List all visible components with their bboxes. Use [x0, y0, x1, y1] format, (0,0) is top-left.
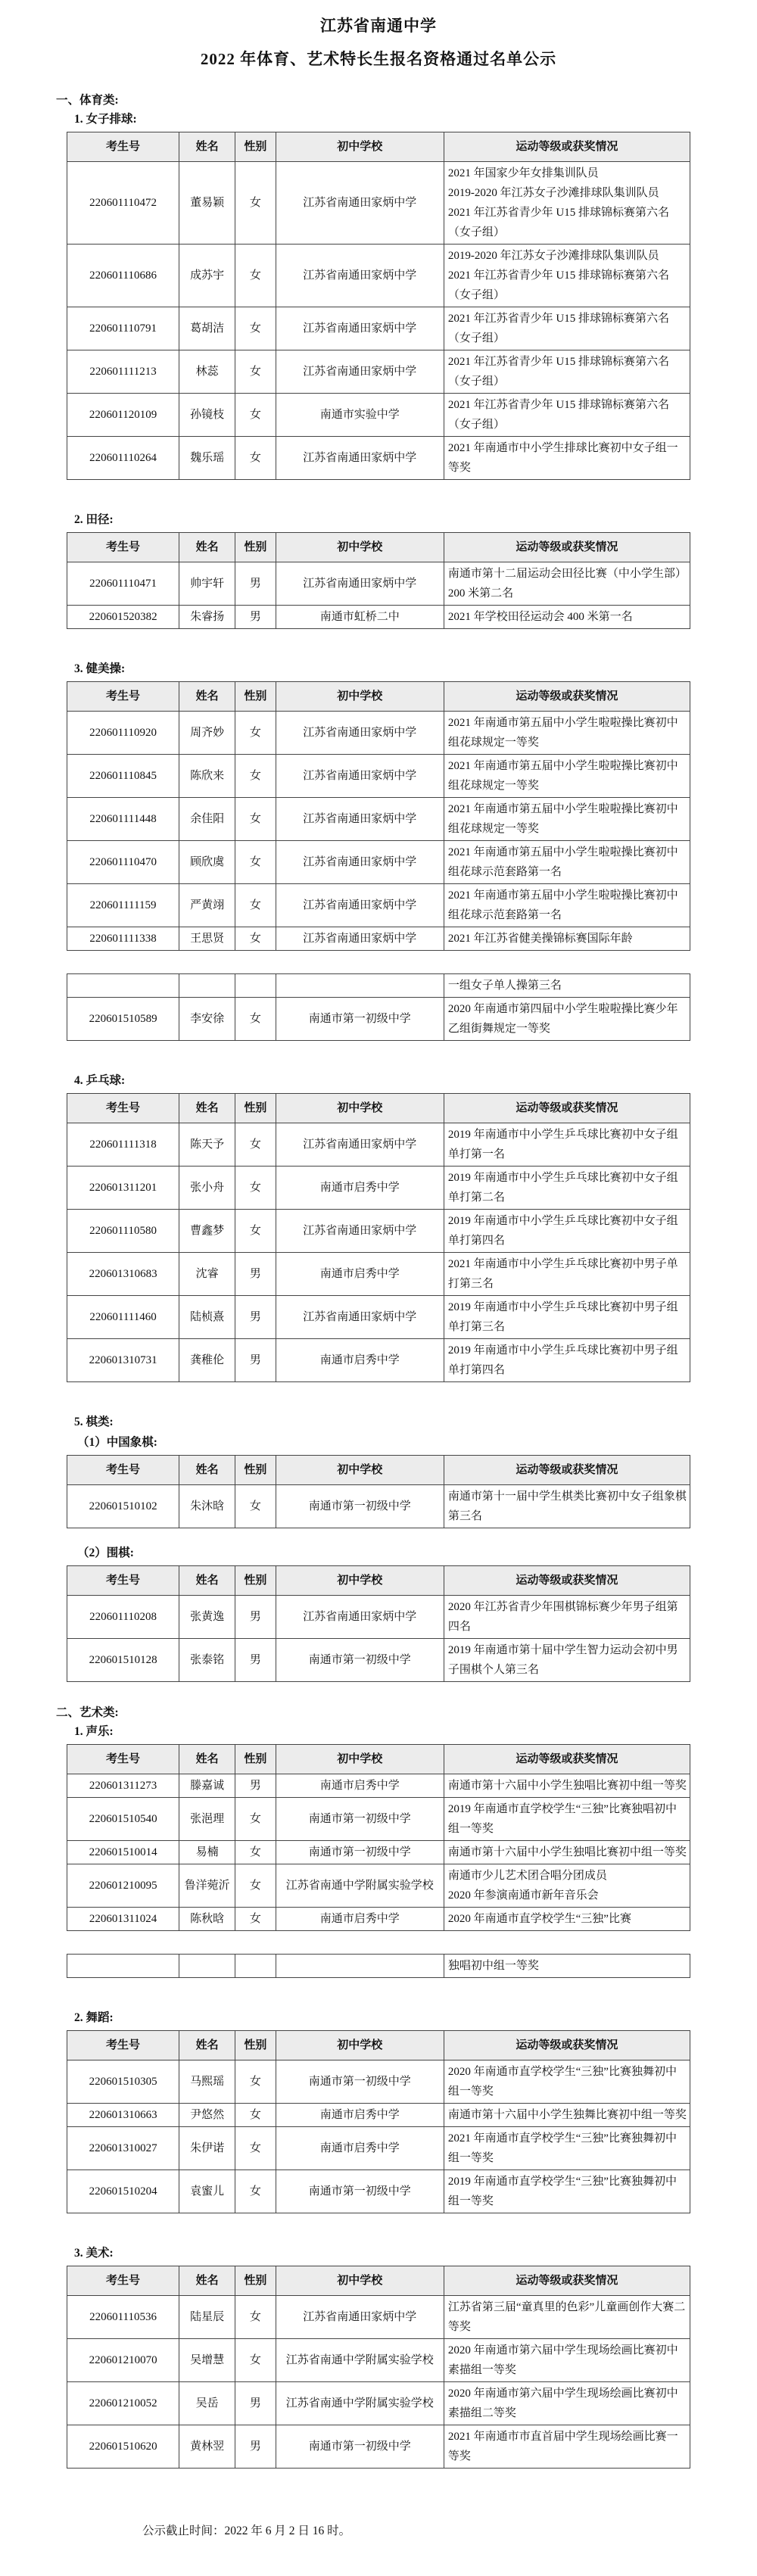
award-line: 2021 年南通市第五届中小学生啦啦操比赛初中组花球示范套路第一名	[448, 886, 687, 925]
school-cell	[276, 974, 444, 998]
award-cell: 2019 年南通市中小学生乒乓球比赛初中女子组单打第四名	[444, 1210, 690, 1253]
table-row: 220601111338王思贤女江苏省南通田家炳中学2021 年江苏省健美操锦标…	[67, 927, 690, 951]
award-cell: 2021 年江苏省健美操锦标赛国际年龄	[444, 927, 690, 951]
school-cell: 南通市实验中学	[276, 394, 444, 437]
column-header: 考生号	[67, 2266, 179, 2296]
award-cell: 独唱初中组一等奖	[444, 1955, 690, 1978]
candidate-id-cell: 220601110264	[67, 437, 179, 480]
column-header: 姓名	[179, 1745, 235, 1774]
name-cell: 朱伊诺	[179, 2127, 235, 2170]
deadline-note: 公示截止时间：2022 年 6 月 2 日 16 时。	[142, 2521, 690, 2538]
column-header: 运动等级或获奖情况	[444, 132, 690, 162]
gender-cell: 男	[235, 606, 276, 629]
gender-cell: 男	[235, 1296, 276, 1339]
column-header: 姓名	[179, 132, 235, 162]
school-cell: 江苏省南通田家炳中学	[276, 884, 444, 927]
name-cell: 孙镜枝	[179, 394, 235, 437]
section-heading: 3. 美术:	[74, 2245, 690, 2262]
award-line: 一组女子单人操第三名	[448, 976, 687, 995]
candidate-id-cell	[67, 1955, 179, 1978]
table-row: 220601510128张泰铭男南通市第一初级中学2019 年南通市第十届中学生…	[67, 1639, 690, 1682]
school-cell: 江苏省南通中学附属实验学校	[276, 1864, 444, 1908]
school-cell: 南通市启秀中学	[276, 2127, 444, 2170]
award-line: 2020 年南通市直学校学生“三独”比赛	[448, 1909, 687, 1929]
header-row: 考生号姓名性别初中学校运动等级或获奖情况	[67, 132, 690, 162]
name-cell: 鲁洋菀沂	[179, 1864, 235, 1908]
award-cell: 2021 年南通市第五届中小学生啦啦操比赛初中组花球规定一等奖	[444, 755, 690, 798]
school-cell: 南通市启秀中学	[276, 1774, 444, 1798]
name-cell: 尹悠然	[179, 2104, 235, 2127]
gender-cell: 女	[235, 1798, 276, 1841]
column-header: 运动等级或获奖情况	[444, 682, 690, 712]
section-heading: 4. 乒乓球:	[74, 1073, 690, 1089]
name-cell: 张小舟	[179, 1167, 235, 1210]
candidate-id-cell: 220601110471	[67, 562, 179, 606]
gender-cell: 女	[235, 2296, 276, 2339]
award-cell: 2020 年江苏省青少年围棋锦标赛少年男子组第四名	[444, 1596, 690, 1639]
candidate-id-cell: 220601210070	[67, 2339, 179, 2382]
column-header: 考生号	[67, 533, 179, 562]
gender-cell: 男	[235, 1774, 276, 1798]
section-heading: 2. 舞蹈:	[74, 2010, 690, 2026]
award-cell: 南通市第十六届中小学生独唱比赛初中组一等奖	[444, 1841, 690, 1864]
school-cell: 南通市第一初级中学	[276, 1639, 444, 1682]
award-line: 2021 年南通市市直首届中学生现场绘画比赛一等奖	[448, 2427, 687, 2466]
school-cell: 江苏省南通田家炳中学	[276, 1123, 444, 1167]
candidate-id-cell: 220601110208	[67, 1596, 179, 1639]
column-header: 性别	[235, 132, 276, 162]
award-cell: 2020 年南通市直学校学生“三独”比赛	[444, 1908, 690, 1931]
table-row: 220601520382朱睿扬男南通市虹桥二中2021 年学校田径运动会 400…	[67, 606, 690, 629]
name-cell: 严黄翊	[179, 884, 235, 927]
award-cell: 2019-2020 年江苏女子沙滩排球队集训队员2021 年江苏省青少年 U15…	[444, 245, 690, 307]
gender-cell: 男	[235, 1339, 276, 1382]
gender-cell: 女	[235, 350, 276, 394]
section-heading: 一、体育类:	[56, 92, 690, 109]
candidate-id-cell: 220601110686	[67, 245, 179, 307]
name-cell: 曹鑫梦	[179, 1210, 235, 1253]
gender-cell: 女	[235, 162, 276, 245]
award-line: 2020 年南通市第四届中小学生啦啦操比赛少年乙组街舞规定一等奖	[448, 999, 687, 1039]
column-header: 姓名	[179, 2266, 235, 2296]
table-row: 220601110686成苏宇女江苏省南通田家炳中学2019-2020 年江苏女…	[67, 245, 690, 307]
school-cell: 江苏省南通田家炳中学	[276, 562, 444, 606]
candidate-id-cell: 220601310027	[67, 2127, 179, 2170]
candidate-id-cell: 220601510102	[67, 1485, 179, 1528]
column-header: 性别	[235, 682, 276, 712]
gender-cell: 女	[235, 2170, 276, 2213]
header-row: 考生号姓名性别初中学校运动等级或获奖情况	[67, 2031, 690, 2060]
school-cell: 江苏省南通中学附属实验学校	[276, 2339, 444, 2382]
column-header: 考生号	[67, 132, 179, 162]
table-row: 220601510014易楠女南通市第一初级中学南通市第十六届中小学生独唱比赛初…	[67, 1841, 690, 1864]
column-header: 初中学校	[276, 682, 444, 712]
table-row: 220601311024陈秋晗女南通市启秀中学2020 年南通市直学校学生“三独…	[67, 1908, 690, 1931]
gender-cell: 女	[235, 1123, 276, 1167]
school-cell: 江苏省南通田家炳中学	[276, 307, 444, 350]
award-line: 南通市第十六届中小学生独舞比赛初中组一等奖	[448, 2105, 687, 2125]
name-cell: 朱睿扬	[179, 606, 235, 629]
award-line: 2019 年南通市中小学生乒乓球比赛初中女子组单打第一名	[448, 1125, 687, 1164]
candidate-id-cell: 220601510620	[67, 2425, 179, 2469]
gender-cell: 女	[235, 841, 276, 884]
award-line: 2020 年南通市直学校学生“三独”比赛独舞初中组一等奖	[448, 2062, 687, 2101]
column-header: 初中学校	[276, 132, 444, 162]
school-cell: 江苏省南通田家炳中学	[276, 927, 444, 951]
award-cell: 南通市第十一届中学生棋类比赛初中女子组象棋第三名	[444, 1485, 690, 1528]
candidate-id-cell: 220601110472	[67, 162, 179, 245]
name-cell	[179, 1955, 235, 1978]
award-cell: 2021 年南通市中小学生排球比赛初中女子组一等奖	[444, 437, 690, 480]
table-row: 220601310731龚稚伦男南通市启秀中学2019 年南通市中小学生乒乓球比…	[67, 1339, 690, 1382]
award-cell: 2019 年南通市直学校学生“三独”比赛独唱初中组一等奖	[444, 1798, 690, 1841]
column-header: 考生号	[67, 1566, 179, 1596]
column-header: 姓名	[179, 1566, 235, 1596]
award-cell: 南通市第十六届中小学生独唱比赛初中组一等奖	[444, 1774, 690, 1798]
name-cell: 成苏宇	[179, 245, 235, 307]
school-cell: 江苏省南通田家炳中学	[276, 2296, 444, 2339]
candidate-id-cell: 220601311201	[67, 1167, 179, 1210]
column-header: 姓名	[179, 1094, 235, 1123]
gender-cell: 女	[235, 2104, 276, 2127]
roster-table: 考生号姓名性别初中学校运动等级或获奖情况220601510305马熙瑶女南通市第…	[67, 2030, 690, 2213]
column-header: 初中学校	[276, 1566, 444, 1596]
school-cell: 江苏省南通田家炳中学	[276, 162, 444, 245]
column-header: 运动等级或获奖情况	[444, 1094, 690, 1123]
column-header: 运动等级或获奖情况	[444, 1745, 690, 1774]
candidate-id-cell: 220601520382	[67, 606, 179, 629]
award-line: 南通市第十六届中小学生独唱比赛初中组一等奖	[448, 1776, 687, 1796]
candidate-id-cell: 220601310683	[67, 1253, 179, 1296]
candidate-id-cell: 220601310731	[67, 1339, 179, 1382]
name-cell: 黄林翌	[179, 2425, 235, 2469]
section-heading: 二、艺术类:	[56, 1705, 690, 1721]
candidate-id-cell: 220601210052	[67, 2382, 179, 2425]
school-cell: 南通市启秀中学	[276, 1167, 444, 1210]
page-subtitle: 2022 年体育、艺术特长生报名资格通过名单公示	[67, 47, 690, 70]
candidate-id-cell: 220601111338	[67, 927, 179, 951]
award-line: 2021 年江苏省青少年 U15 排球锦标赛第六名（女子组）	[448, 203, 687, 242]
table-row: 220601210095鲁洋菀沂女江苏省南通中学附属实验学校南通市少儿艺术团合唱…	[67, 1864, 690, 1908]
award-cell: 2021 年南通市第五届中小学生啦啦操比赛初中组花球规定一等奖	[444, 798, 690, 841]
school-cell: 南通市第一初级中学	[276, 1485, 444, 1528]
gender-cell	[235, 974, 276, 998]
award-line: 2021 年南通市中小学生排球比赛初中女子组一等奖	[448, 438, 687, 478]
roster-table: 考生号姓名性别初中学校运动等级或获奖情况220601110471帅宇轩男江苏省南…	[67, 532, 690, 629]
gender-cell: 女	[235, 1167, 276, 1210]
roster-table: 考生号姓名性别初中学校运动等级或获奖情况220601111318陈天予女江苏省南…	[67, 1093, 690, 1382]
name-cell: 易楠	[179, 1841, 235, 1864]
school-cell: 江苏省南通田家炳中学	[276, 245, 444, 307]
header-row: 考生号姓名性别初中学校运动等级或获奖情况	[67, 2266, 690, 2296]
table-row: 220601310027朱伊诺女南通市启秀中学2021 年南通市直学校学生“三独…	[67, 2127, 690, 2170]
name-cell: 余佳阳	[179, 798, 235, 841]
column-header: 姓名	[179, 533, 235, 562]
award-cell: 2021 年江苏省青少年 U15 排球锦标赛第六名（女子组）	[444, 350, 690, 394]
candidate-id-cell: 220601510014	[67, 1841, 179, 1864]
section-heading: 1. 女子排球:	[74, 111, 690, 128]
gender-cell: 女	[235, 755, 276, 798]
award-cell: 2021 年南通市市直首届中学生现场绘画比赛一等奖	[444, 2425, 690, 2469]
candidate-id-cell: 220601311273	[67, 1774, 179, 1798]
gender-cell: 女	[235, 394, 276, 437]
name-cell: 张泰铭	[179, 1639, 235, 1682]
candidate-id-cell: 220601110791	[67, 307, 179, 350]
column-header: 初中学校	[276, 2266, 444, 2296]
award-cell: 2021 年江苏省青少年 U15 排球锦标赛第六名（女子组）	[444, 307, 690, 350]
table-row: 220601111318陈天予女江苏省南通田家炳中学2019 年南通市中小学生乒…	[67, 1123, 690, 1167]
award-line: 2020 年南通市第六届中学生现场绘画比赛初中素描组二等奖	[448, 2384, 687, 2423]
award-cell: 2019 年南通市直学校学生“三独”比赛独舞初中组一等奖	[444, 2170, 690, 2213]
table-row: 220601110264魏乐瑶女江苏省南通田家炳中学2021 年南通市中小学生排…	[67, 437, 690, 480]
column-header: 初中学校	[276, 1745, 444, 1774]
table-row: 220601110920周齐妙女江苏省南通田家炳中学2021 年南通市第五届中小…	[67, 712, 690, 755]
table-row: 独唱初中组一等奖	[67, 1955, 690, 1978]
award-line: 2019-2020 年江苏女子沙滩排球队集训队员	[448, 246, 687, 266]
gender-cell: 女	[235, 307, 276, 350]
table-row: 一组女子单人操第三名	[67, 974, 690, 998]
award-cell: 南通市第十二届运动会田径比赛（中小学生部）200 米第二名	[444, 562, 690, 606]
gender-cell: 女	[235, 1485, 276, 1528]
candidate-id-cell: 220601110536	[67, 2296, 179, 2339]
table-row: 220601111460陆桢熹男江苏省南通田家炳中学2019 年南通市中小学生乒…	[67, 1296, 690, 1339]
gender-cell: 男	[235, 2382, 276, 2425]
section-heading: 1. 声乐:	[74, 1724, 690, 1740]
award-line: 2019-2020 年江苏女子沙滩排球队集训队员	[448, 183, 687, 203]
name-cell: 沈睿	[179, 1253, 235, 1296]
award-line: 南通市第十六届中小学生独唱比赛初中组一等奖	[448, 1842, 687, 1862]
table-row: 220601110470顾欣虞女江苏省南通田家炳中学2021 年南通市第五届中小…	[67, 841, 690, 884]
gender-cell: 女	[235, 2339, 276, 2382]
column-header: 运动等级或获奖情况	[444, 1456, 690, 1485]
award-line: 南通市第十二届运动会田径比赛（中小学生部）200 米第二名	[448, 564, 687, 603]
school-cell: 南通市启秀中学	[276, 2104, 444, 2127]
column-header: 初中学校	[276, 2031, 444, 2060]
roster-table: 独唱初中组一等奖	[67, 1954, 690, 1978]
candidate-id-cell: 220601120109	[67, 394, 179, 437]
roster-table: 考生号姓名性别初中学校运动等级或获奖情况220601110536陆星辰女江苏省南…	[67, 2266, 690, 2469]
award-cell: 2020 年南通市第六届中学生现场绘画比赛初中素描组一等奖	[444, 2339, 690, 2382]
gender-cell: 女	[235, 1864, 276, 1908]
candidate-id-cell: 220601311024	[67, 1908, 179, 1931]
school-cell: 南通市第一初级中学	[276, 1798, 444, 1841]
name-cell: 吴岳	[179, 2382, 235, 2425]
gender-cell: 女	[235, 1210, 276, 1253]
award-line: 2019 年南通市直学校学生“三独”比赛独舞初中组一等奖	[448, 2172, 687, 2211]
school-cell: 南通市第一初级中学	[276, 2060, 444, 2104]
award-line: 2021 年江苏省青少年 U15 排球锦标赛第六名（女子组）	[448, 395, 687, 435]
award-cell: 2019 年南通市中小学生乒乓球比赛初中男子组单打第四名	[444, 1339, 690, 1382]
award-line: 2021 年江苏省青少年 U15 排球锦标赛第六名（女子组）	[448, 352, 687, 391]
school-cell: 江苏省南通田家炳中学	[276, 712, 444, 755]
table-row: 220601110845陈欣来女江苏省南通田家炳中学2021 年南通市第五届中小…	[67, 755, 690, 798]
table-row: 220601111159严黄翊女江苏省南通田家炳中学2021 年南通市第五届中小…	[67, 884, 690, 927]
gender-cell: 女	[235, 1841, 276, 1864]
table-row: 220601510620黄林翌男南通市第一初级中学2021 年南通市市直首届中学…	[67, 2425, 690, 2469]
column-header: 性别	[235, 2266, 276, 2296]
table-row: 220601110472董易颖女江苏省南通田家炳中学2021 年国家少年女排集训…	[67, 162, 690, 245]
roster-table: 考生号姓名性别初中学校运动等级或获奖情况220601110472董易颖女江苏省南…	[67, 132, 690, 480]
award-line: 2021 年南通市中小学生乒乓球比赛初中男子单打第三名	[448, 1254, 687, 1294]
award-line: 2020 年江苏省青少年围棋锦标赛少年男子组第四名	[448, 1597, 687, 1637]
candidate-id-cell: 220601111448	[67, 798, 179, 841]
school-cell: 江苏省南通田家炳中学	[276, 798, 444, 841]
gender-cell: 女	[235, 245, 276, 307]
gender-cell: 女	[235, 884, 276, 927]
school-cell: 南通市启秀中学	[276, 1339, 444, 1382]
gender-cell	[235, 1955, 276, 1978]
header-row: 考生号姓名性别初中学校运动等级或获奖情况	[67, 1456, 690, 1485]
table-row: 220601110208张黄逸男江苏省南通田家炳中学2020 年江苏省青少年围棋…	[67, 1596, 690, 1639]
award-line: 2020 年参演南通市新年音乐会	[448, 1886, 687, 1905]
candidate-id-cell: 220601110580	[67, 1210, 179, 1253]
section-heading: （2）围棋:	[77, 1545, 690, 1562]
candidate-id-cell: 220601510589	[67, 998, 179, 1041]
name-cell: 周齐妙	[179, 712, 235, 755]
award-line: 2019 年南通市直学校学生“三独”比赛独唱初中组一等奖	[448, 1799, 687, 1839]
award-cell: 2021 年南通市第五届中小学生啦啦操比赛初中组花球规定一等奖	[444, 712, 690, 755]
name-cell: 滕嘉诚	[179, 1774, 235, 1798]
name-cell: 帅宇轩	[179, 562, 235, 606]
award-cell: 2021 年南通市直学校学生“三独”比赛独舞初中组一等奖	[444, 2127, 690, 2170]
award-line: 2019 年南通市中小学生乒乓球比赛初中女子组单打第二名	[448, 1168, 687, 1207]
column-header: 初中学校	[276, 1094, 444, 1123]
name-cell: 张黄逸	[179, 1596, 235, 1639]
award-cell: 2021 年南通市第五届中小学生啦啦操比赛初中组花球示范套路第一名	[444, 841, 690, 884]
column-header: 性别	[235, 2031, 276, 2060]
candidate-id-cell: 220601110470	[67, 841, 179, 884]
school-cell: 南通市第一初级中学	[276, 2425, 444, 2469]
candidate-id-cell	[67, 974, 179, 998]
column-header: 姓名	[179, 2031, 235, 2060]
name-cell: 袁蜜儿	[179, 2170, 235, 2213]
award-cell: 2021 年南通市第五届中小学生啦啦操比赛初中组花球示范套路第一名	[444, 884, 690, 927]
column-header: 运动等级或获奖情况	[444, 533, 690, 562]
column-header: 性别	[235, 1456, 276, 1485]
award-line: 2021 年南通市第五届中小学生啦啦操比赛初中组花球规定一等奖	[448, 756, 687, 796]
name-cell: 张浥理	[179, 1798, 235, 1841]
column-header: 考生号	[67, 2031, 179, 2060]
table-row: 220601110580曹鑫梦女江苏省南通田家炳中学2019 年南通市中小学生乒…	[67, 1210, 690, 1253]
award-cell: 一组女子单人操第三名	[444, 974, 690, 998]
table-row: 220601120109孙镜枝女南通市实验中学2021 年江苏省青少年 U15 …	[67, 394, 690, 437]
name-cell: 陈欣来	[179, 755, 235, 798]
award-line: 2019 年南通市第十届中学生智力运动会初中男子围棋个人第三名	[448, 1640, 687, 1680]
document-body: 一、体育类:1. 女子排球:考生号姓名性别初中学校运动等级或获奖情况220601…	[67, 92, 690, 2469]
table-row: 220601510204袁蜜儿女南通市第一初级中学2019 年南通市直学校学生“…	[67, 2170, 690, 2213]
school-cell: 江苏省南通田家炳中学	[276, 755, 444, 798]
section-heading: 5. 棋类:	[74, 1414, 690, 1431]
section-heading: （1）中国象棋:	[77, 1434, 690, 1451]
gender-cell: 女	[235, 927, 276, 951]
school-cell: 江苏省南通中学附属实验学校	[276, 2382, 444, 2425]
roster-table: 一组女子单人操第三名220601510589李安徐女南通市第一初级中学2020 …	[67, 973, 690, 1041]
award-line: 2021 年南通市直学校学生“三独”比赛独舞初中组一等奖	[448, 2129, 687, 2168]
school-cell: 江苏省南通田家炳中学	[276, 1296, 444, 1339]
award-line: 2019 年南通市中小学生乒乓球比赛初中女子组单打第四名	[448, 1211, 687, 1251]
section-heading: 2. 田径:	[74, 512, 690, 528]
name-cell: 顾欣虞	[179, 841, 235, 884]
column-header: 初中学校	[276, 1456, 444, 1485]
gender-cell: 男	[235, 1639, 276, 1682]
award-line: 2021 年江苏省健美操锦标赛国际年龄	[448, 929, 687, 948]
school-cell: 南通市第一初级中学	[276, 1841, 444, 1864]
column-header: 性别	[235, 533, 276, 562]
award-line: 2021 年南通市第五届中小学生啦啦操比赛初中组花球规定一等奖	[448, 713, 687, 752]
header-row: 考生号姓名性别初中学校运动等级或获奖情况	[67, 533, 690, 562]
name-cell: 王思贤	[179, 927, 235, 951]
gender-cell: 女	[235, 437, 276, 480]
school-cell: 江苏省南通田家炳中学	[276, 350, 444, 394]
school-cell: 南通市第一初级中学	[276, 998, 444, 1041]
table-row: 220601210070吴增慧女江苏省南通中学附属实验学校2020 年南通市第六…	[67, 2339, 690, 2382]
gender-cell: 女	[235, 798, 276, 841]
candidate-id-cell: 220601510128	[67, 1639, 179, 1682]
name-cell: 陈天予	[179, 1123, 235, 1167]
table-row: 220601311201张小舟女南通市启秀中学2019 年南通市中小学生乒乓球比…	[67, 1167, 690, 1210]
gender-cell: 女	[235, 1908, 276, 1931]
candidate-id-cell: 220601111159	[67, 884, 179, 927]
award-line: 2021 年学校田径运动会 400 米第一名	[448, 607, 687, 627]
award-cell: 2021 年南通市中小学生乒乓球比赛初中男子单打第三名	[444, 1253, 690, 1296]
candidate-id-cell: 220601111460	[67, 1296, 179, 1339]
name-cell: 葛胡洁	[179, 307, 235, 350]
award-line: 2019 年南通市中小学生乒乓球比赛初中男子组单打第三名	[448, 1297, 687, 1337]
name-cell: 龚稚伦	[179, 1339, 235, 1382]
roster-table: 考生号姓名性别初中学校运动等级或获奖情况220601311273滕嘉诚男南通市启…	[67, 1744, 690, 1931]
header-row: 考生号姓名性别初中学校运动等级或获奖情况	[67, 1566, 690, 1596]
table-row: 220601110471帅宇轩男江苏省南通田家炳中学南通市第十二届运动会田径比赛…	[67, 562, 690, 606]
candidate-id-cell: 220601510204	[67, 2170, 179, 2213]
column-header: 性别	[235, 1094, 276, 1123]
name-cell: 林蕊	[179, 350, 235, 394]
school-cell	[276, 1955, 444, 1978]
name-cell: 董易颖	[179, 162, 235, 245]
gender-cell: 男	[235, 1596, 276, 1639]
table-row: 220601311273滕嘉诚男南通市启秀中学南通市第十六届中小学生独唱比赛初中…	[67, 1774, 690, 1798]
candidate-id-cell: 220601510305	[67, 2060, 179, 2104]
table-row: 220601510305马熙瑶女南通市第一初级中学2020 年南通市直学校学生“…	[67, 2060, 690, 2104]
roster-table: 考生号姓名性别初中学校运动等级或获奖情况220601110208张黄逸男江苏省南…	[67, 1565, 690, 1682]
column-header: 性别	[235, 1745, 276, 1774]
page-title: 江苏省南通中学	[67, 14, 690, 36]
award-line: 独唱初中组一等奖	[448, 1956, 687, 1976]
award-cell: 南通市第十六届中小学生独舞比赛初中组一等奖	[444, 2104, 690, 2127]
candidate-id-cell: 220601110845	[67, 755, 179, 798]
award-cell: 2019 年南通市中小学生乒乓球比赛初中女子组单打第二名	[444, 1167, 690, 1210]
table-row: 220601510540张浥理女南通市第一初级中学2019 年南通市直学校学生“…	[67, 1798, 690, 1841]
section-heading: 3. 健美操:	[74, 661, 690, 677]
award-cell: 2021 年江苏省青少年 U15 排球锦标赛第六名（女子组）	[444, 394, 690, 437]
school-cell: 江苏省南通田家炳中学	[276, 1596, 444, 1639]
table-row: 220601110791葛胡洁女江苏省南通田家炳中学2021 年江苏省青少年 U…	[67, 307, 690, 350]
award-cell: 2019 年南通市中小学生乒乓球比赛初中女子组单打第一名	[444, 1123, 690, 1167]
column-header: 运动等级或获奖情况	[444, 2266, 690, 2296]
table-row: 220601110536陆星辰女江苏省南通田家炳中学江苏省第三届“童真里的色彩”…	[67, 2296, 690, 2339]
table-row: 220601310683沈睿男南通市启秀中学2021 年南通市中小学生乒乓球比赛…	[67, 1253, 690, 1296]
name-cell: 陈秋晗	[179, 1908, 235, 1931]
header-row: 考生号姓名性别初中学校运动等级或获奖情况	[67, 1745, 690, 1774]
gender-cell: 女	[235, 2127, 276, 2170]
candidate-id-cell: 220601110920	[67, 712, 179, 755]
name-cell: 魏乐瑶	[179, 437, 235, 480]
award-line: 南通市第十一届中学生棋类比赛初中女子组象棋第三名	[448, 1487, 687, 1526]
award-cell: 2021 年国家少年女排集训队员2019-2020 年江苏女子沙滩排球队集训队员…	[444, 162, 690, 245]
award-line: 2021 年南通市第五届中小学生啦啦操比赛初中组花球示范套路第一名	[448, 843, 687, 882]
award-cell: 2020 年南通市直学校学生“三独”比赛独舞初中组一等奖	[444, 2060, 690, 2104]
award-cell: 2020 年南通市第四届中小学生啦啦操比赛少年乙组街舞规定一等奖	[444, 998, 690, 1041]
column-header: 性别	[235, 1566, 276, 1596]
